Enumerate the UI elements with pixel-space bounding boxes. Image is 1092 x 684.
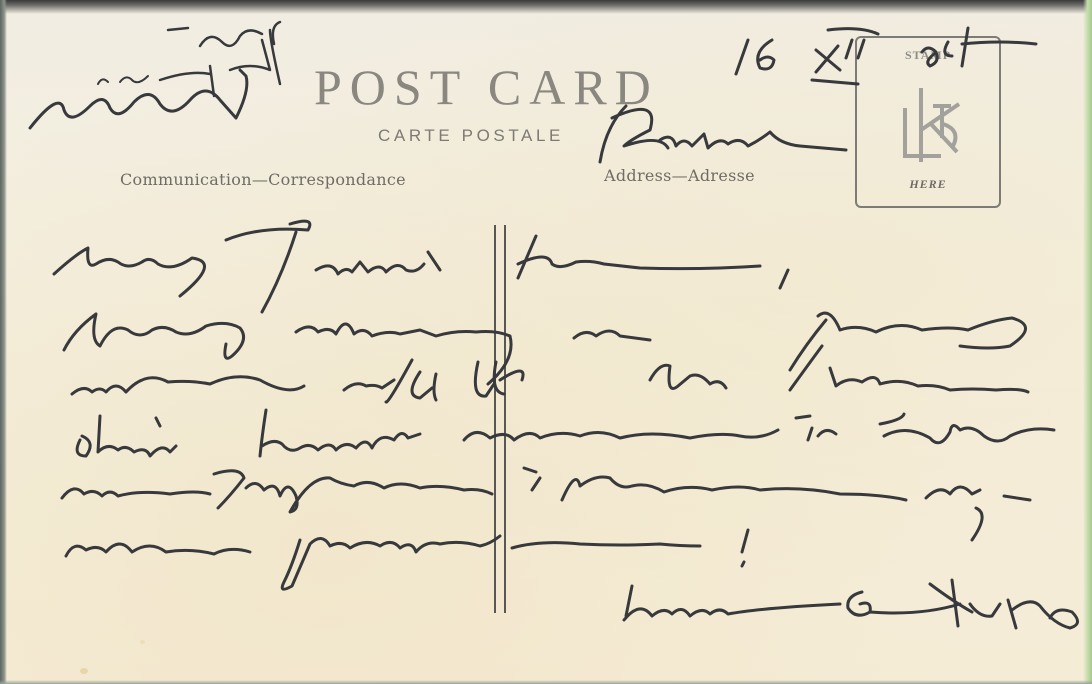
- message-line-1-ink: [54, 221, 788, 312]
- city-ink: [600, 106, 846, 162]
- message-line-3-ink: [72, 346, 1028, 402]
- message-line-2-ink: [64, 313, 1026, 384]
- handwriting-ink: [0, 0, 1092, 684]
- message-line-6-ink: [66, 530, 748, 589]
- upside-down-note-ink: [30, 22, 280, 128]
- message-line-5-ink: [62, 468, 1030, 540]
- postcard-back: POST CARD CARTE POSTALE Communication—Co…: [0, 0, 1092, 684]
- message-line-4-ink: [77, 410, 1054, 456]
- signature-ink: [624, 580, 1078, 628]
- date-ink: [736, 28, 1036, 84]
